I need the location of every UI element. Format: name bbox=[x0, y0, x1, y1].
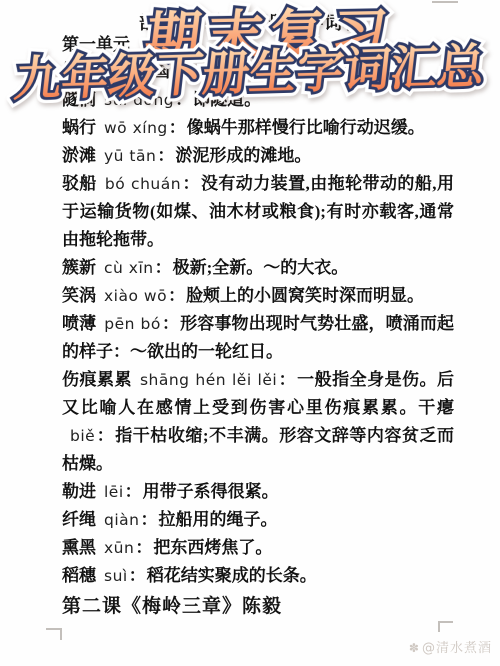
entry-definition: 拉船用的绳子。 bbox=[158, 510, 277, 529]
entry-pinyin: biě bbox=[70, 427, 95, 445]
entry-colon: ： bbox=[135, 538, 152, 557]
entry-term: 稻穗 bbox=[62, 566, 96, 585]
entry-pinyin: suì bbox=[104, 567, 128, 585]
entry-colon: ： bbox=[125, 482, 142, 501]
entry-pinyin: xiào wō bbox=[104, 287, 167, 305]
vocab-entry: 勒进lēi：用带子系得很紧。 bbox=[62, 478, 454, 506]
entry-term: 勒进 bbox=[62, 482, 96, 501]
vocab-entry: 驳船bó chuán：没有动力装置,由拖轮带动的船,用于运输货物(如煤、油木材或… bbox=[62, 170, 454, 254]
watermark: ✽@清水煮酒 bbox=[409, 637, 492, 656]
entry-term: 干瘪 bbox=[418, 398, 454, 417]
entry-definition: 用带子系得很紧。 bbox=[143, 482, 279, 501]
vocab-entry: 喷薄pēn bó：形容事物出现时气势壮盛，喷涌而起的样子：～欲出的一轮红日。 bbox=[62, 310, 454, 366]
lesson2-heading: 第二课《梅岭三章》陈毅 bbox=[62, 591, 282, 618]
vocab-entry: 伤痕累累shāng hén lěi lěi：一般指全身是伤。后又比喻人在感情上受… bbox=[62, 366, 454, 478]
entry-colon: ： bbox=[129, 566, 146, 585]
entry-colon: ： bbox=[182, 174, 200, 193]
entry-term: 纤绳 bbox=[62, 510, 96, 529]
entry-colon: ： bbox=[157, 146, 174, 165]
vocab-entry: 熏黑xūn：把东西烤焦了。 bbox=[62, 534, 454, 562]
entry-colon: ： bbox=[96, 426, 114, 445]
entry-pinyin: pēn bó bbox=[104, 315, 161, 333]
entry-pinyin: cù xīn bbox=[104, 259, 154, 277]
entry-colon: ： bbox=[155, 258, 172, 277]
entry-term: 熏黑 bbox=[62, 538, 96, 557]
page-corner-mark-bottom-right bbox=[438, 621, 453, 632]
entry-colon: ： bbox=[168, 286, 185, 305]
entry-definition: 极新;全新。～的大衣。 bbox=[173, 258, 349, 277]
vocab-entry: 稻穗suì：稻花结实聚成的长条。 bbox=[62, 562, 454, 590]
entry-colon: ： bbox=[140, 510, 157, 529]
entry-colon: ： bbox=[169, 118, 186, 137]
entry-pinyin: shāng hén lěi lěi bbox=[140, 371, 277, 389]
page-corner-mark-top-right bbox=[432, 1, 458, 6]
vocab-entry: 蜗行wō xíng：像蜗牛那样慢行比喻行动迟缓。 bbox=[62, 114, 454, 142]
entry-definition: 淤泥形成的滩地。 bbox=[175, 146, 311, 165]
watermark-logo-icon: ✽ bbox=[409, 641, 420, 655]
entry-definition: 脸颊上的小圆窝笑时深而明显。 bbox=[186, 286, 424, 305]
entry-definition: 把东西烤焦了。 bbox=[153, 538, 272, 557]
vocab-entry: 纤绳qiàn：拉船用的绳子。 bbox=[62, 506, 454, 534]
entry-term: 伤痕累累 bbox=[62, 370, 132, 389]
entry-pinyin: yū tān bbox=[104, 147, 156, 165]
entry-definition: 指干枯收缩;不丰满。形容文辞等内容贫乏而枯燥。 bbox=[62, 426, 454, 473]
overlay-title-line2: 九年级下册生字词汇总 九年级下册生字词汇总 九年级下册生字词汇总 bbox=[11, 29, 488, 109]
entry-definition: 像蜗牛那样慢行比喻行动迟缓。 bbox=[187, 118, 425, 137]
page-corner-mark-bottom-left bbox=[46, 628, 62, 640]
entry-term: 淤滩 bbox=[62, 146, 96, 165]
entry-term: 喷薄 bbox=[62, 314, 96, 333]
entry-colon: ： bbox=[162, 314, 179, 333]
entry-pinyin: qiàn bbox=[104, 511, 139, 529]
vocab-entry: 笑涡xiào wō：脸颊上的小圆窝笑时深而明显。 bbox=[62, 282, 454, 310]
entry-pinyin: xūn bbox=[104, 539, 134, 557]
entry-definition: 稻花结实聚成的长条。 bbox=[147, 566, 317, 585]
document-page: 部编版九年级下册生字词表 第一单元 第一课《祖国啊，我亲爱的祖国》舒婷 隧洞su… bbox=[0, 0, 500, 666]
vocab-list: 隧洞suì dòng：即隧道。蜗行wō xíng：像蜗牛那样慢行比喻行动迟缓。淤… bbox=[62, 86, 454, 590]
entry-term: 蜗行 bbox=[62, 118, 96, 137]
entry-colon: ： bbox=[278, 370, 296, 389]
vocab-entry: 淤滩yū tān：淤泥形成的滩地。 bbox=[62, 142, 454, 170]
vocab-entry: 簇新cù xīn：极新;全新。～的大衣。 bbox=[62, 254, 454, 282]
entry-pinyin: wō xíng bbox=[104, 119, 168, 137]
entry-term: 簇新 bbox=[62, 258, 96, 277]
watermark-text: @清水煮酒 bbox=[422, 641, 492, 656]
entry-pinyin: bó chuán bbox=[105, 175, 181, 193]
entry-pinyin: lēi bbox=[104, 483, 124, 501]
entry-term: 笑涡 bbox=[62, 286, 96, 305]
entry-term: 驳船 bbox=[62, 174, 97, 193]
